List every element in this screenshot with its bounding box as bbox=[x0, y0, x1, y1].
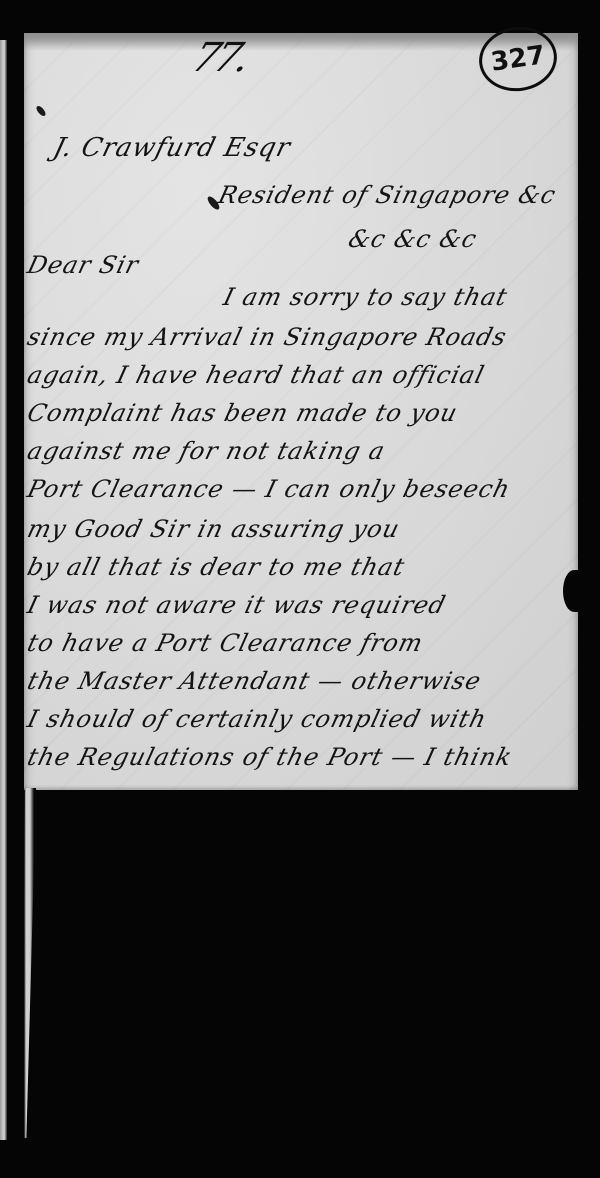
body-line: against me for not taking a bbox=[25, 437, 389, 465]
body-line: to have a Port Clearance from bbox=[25, 629, 427, 657]
addressee-title-1: Resident of Singapore &c bbox=[216, 181, 560, 209]
body-line: the Master Attendant — otherwise bbox=[25, 667, 485, 695]
addressee-title-2: &c &c &c bbox=[346, 225, 481, 253]
addressee: J. Crawfurd Esqr bbox=[50, 133, 294, 163]
body-line: my Good Sir in assuring you bbox=[25, 515, 403, 543]
ink-blot bbox=[35, 104, 47, 117]
body-line: I should of certainly complied with bbox=[25, 705, 490, 733]
salutation: Dear Sir bbox=[25, 251, 142, 279]
body-line: Port Clearance — I can only beseech bbox=[25, 475, 514, 503]
body-line: again, I have heard that an official bbox=[25, 361, 488, 389]
body-line: I am sorry to say that bbox=[221, 283, 511, 311]
film-edge-sliver bbox=[20, 788, 36, 1138]
letter-page: 77. 327 J. Crawfurd Esqr Resident of Sin… bbox=[24, 33, 578, 790]
body-line: I was not aware it was required bbox=[25, 591, 449, 619]
film-edge-strip bbox=[0, 40, 7, 1140]
body-line: Complaint has been made to you bbox=[25, 399, 461, 427]
body-line: by all that is dear to me that bbox=[25, 553, 408, 581]
page-tab-notch bbox=[563, 570, 585, 612]
page-number: 327 bbox=[489, 40, 547, 77]
body-line: since my Arrival in Singapore Roads bbox=[25, 323, 510, 351]
body-line: the Regulations of the Port — I think bbox=[25, 743, 516, 771]
